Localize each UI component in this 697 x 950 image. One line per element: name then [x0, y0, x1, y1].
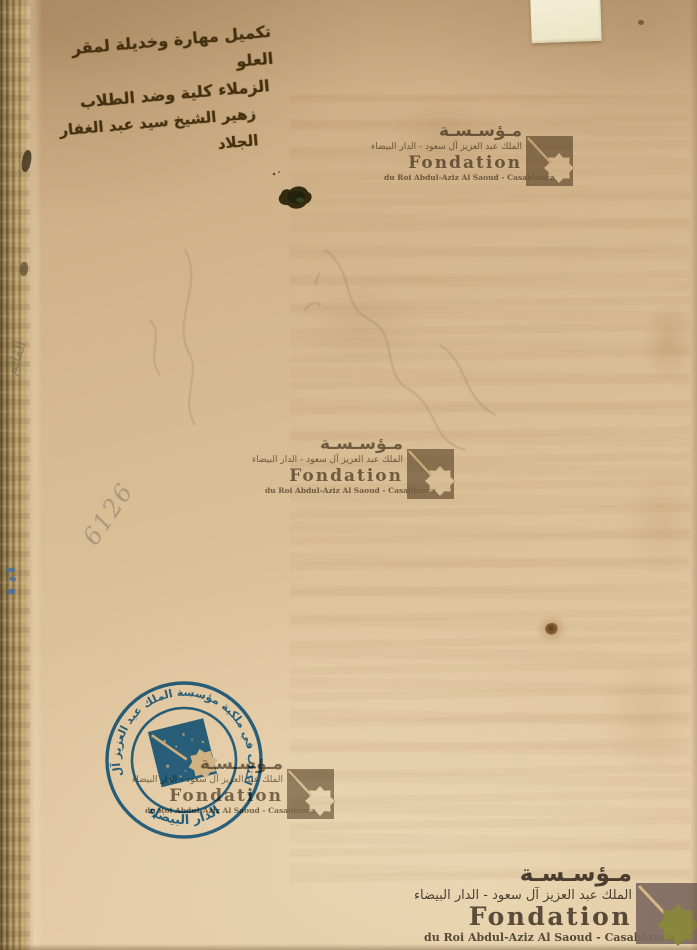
verso-showthrough-texture [290, 95, 690, 885]
watermark-arabic-title: مـؤسـسـة [384, 122, 522, 141]
foundation-logo-icon [526, 134, 575, 188]
stamp-separator-star: ✦ [150, 812, 158, 823]
book-spine [0, 0, 30, 950]
watermark-arabic-subtitle: الملك عبد العزيز آل سعود - الدار البيضاء [424, 887, 632, 904]
watermark-text: مـؤسـسـة الملك عبد العزيز آل سعود - الدا… [384, 122, 522, 183]
stamp-foundation-logo-icon [148, 717, 221, 789]
watermark-middle: مـؤسـسـة الملك عبد العزيز آل سعود - الدا… [265, 435, 456, 501]
watermark-arabic-title: مـؤسـسـة [424, 862, 632, 887]
watermark-latin-subtitle: du Roi Abdul-Aziz Al Saoud - Casablanca [265, 486, 403, 496]
watermark-text: مـؤسـسـة الملك عبد العزيز آل سعود - الدا… [265, 435, 403, 496]
spine-blue-mark [7, 589, 15, 595]
watermark-latin-subtitle: du Roi Abdul-Aziz Al Saoud - Casablanca [424, 930, 632, 945]
foundation-logo-icon [287, 767, 336, 821]
ink-blot [262, 166, 322, 216]
paper-stain-spot [545, 623, 559, 635]
foundation-logo-icon [407, 447, 456, 501]
sticky-note [530, 0, 602, 43]
watermark-bottom-right: مـؤسـسـة الملك عبد العزيز آل سعود - الدا… [424, 862, 697, 948]
watermark-top: مـؤسـسـة الملك عبد العزيز آل سعود - الدا… [384, 122, 575, 188]
faint-pencil-scribbles [110, 225, 530, 485]
watermark-arabic-subtitle: الملك عبد العزيز آل سعود - الدار البيضاء [384, 141, 522, 154]
scanned-manuscript-page: تكميل مهارة وخديلة لمقر العلو الزملاء كل… [0, 0, 697, 950]
watermark-latin-subtitle: du Roi Abdul-Aziz Al Saoud - Casablanca [384, 173, 522, 183]
watermark-arabic-title: مـؤسـسـة [265, 435, 403, 454]
paper-stain-speck [638, 20, 644, 25]
handwritten-ink-note: تكميل مهارة وخديلة لمقر العلو الزملاء كل… [31, 18, 282, 173]
watermark-latin-title: Fondation [265, 467, 403, 486]
watermark-arabic-subtitle: الملك عبد العزيز آل سعود - الدار البيضاء [265, 454, 403, 467]
foundation-logo-icon [636, 880, 697, 948]
stamp-separator-star: ✦ [246, 790, 254, 801]
watermark-text: مـؤسـسـة الملك عبد العزيز آل سعود - الدا… [424, 862, 632, 945]
ownership-stamp: هذا الكتاب في ملكية مؤسسة الملك عبد العز… [94, 670, 274, 850]
pencil-number-note: 6126 [78, 478, 140, 551]
watermark-latin-title: Fondation [424, 904, 632, 930]
watermark-latin-title: Fondation [384, 154, 522, 173]
